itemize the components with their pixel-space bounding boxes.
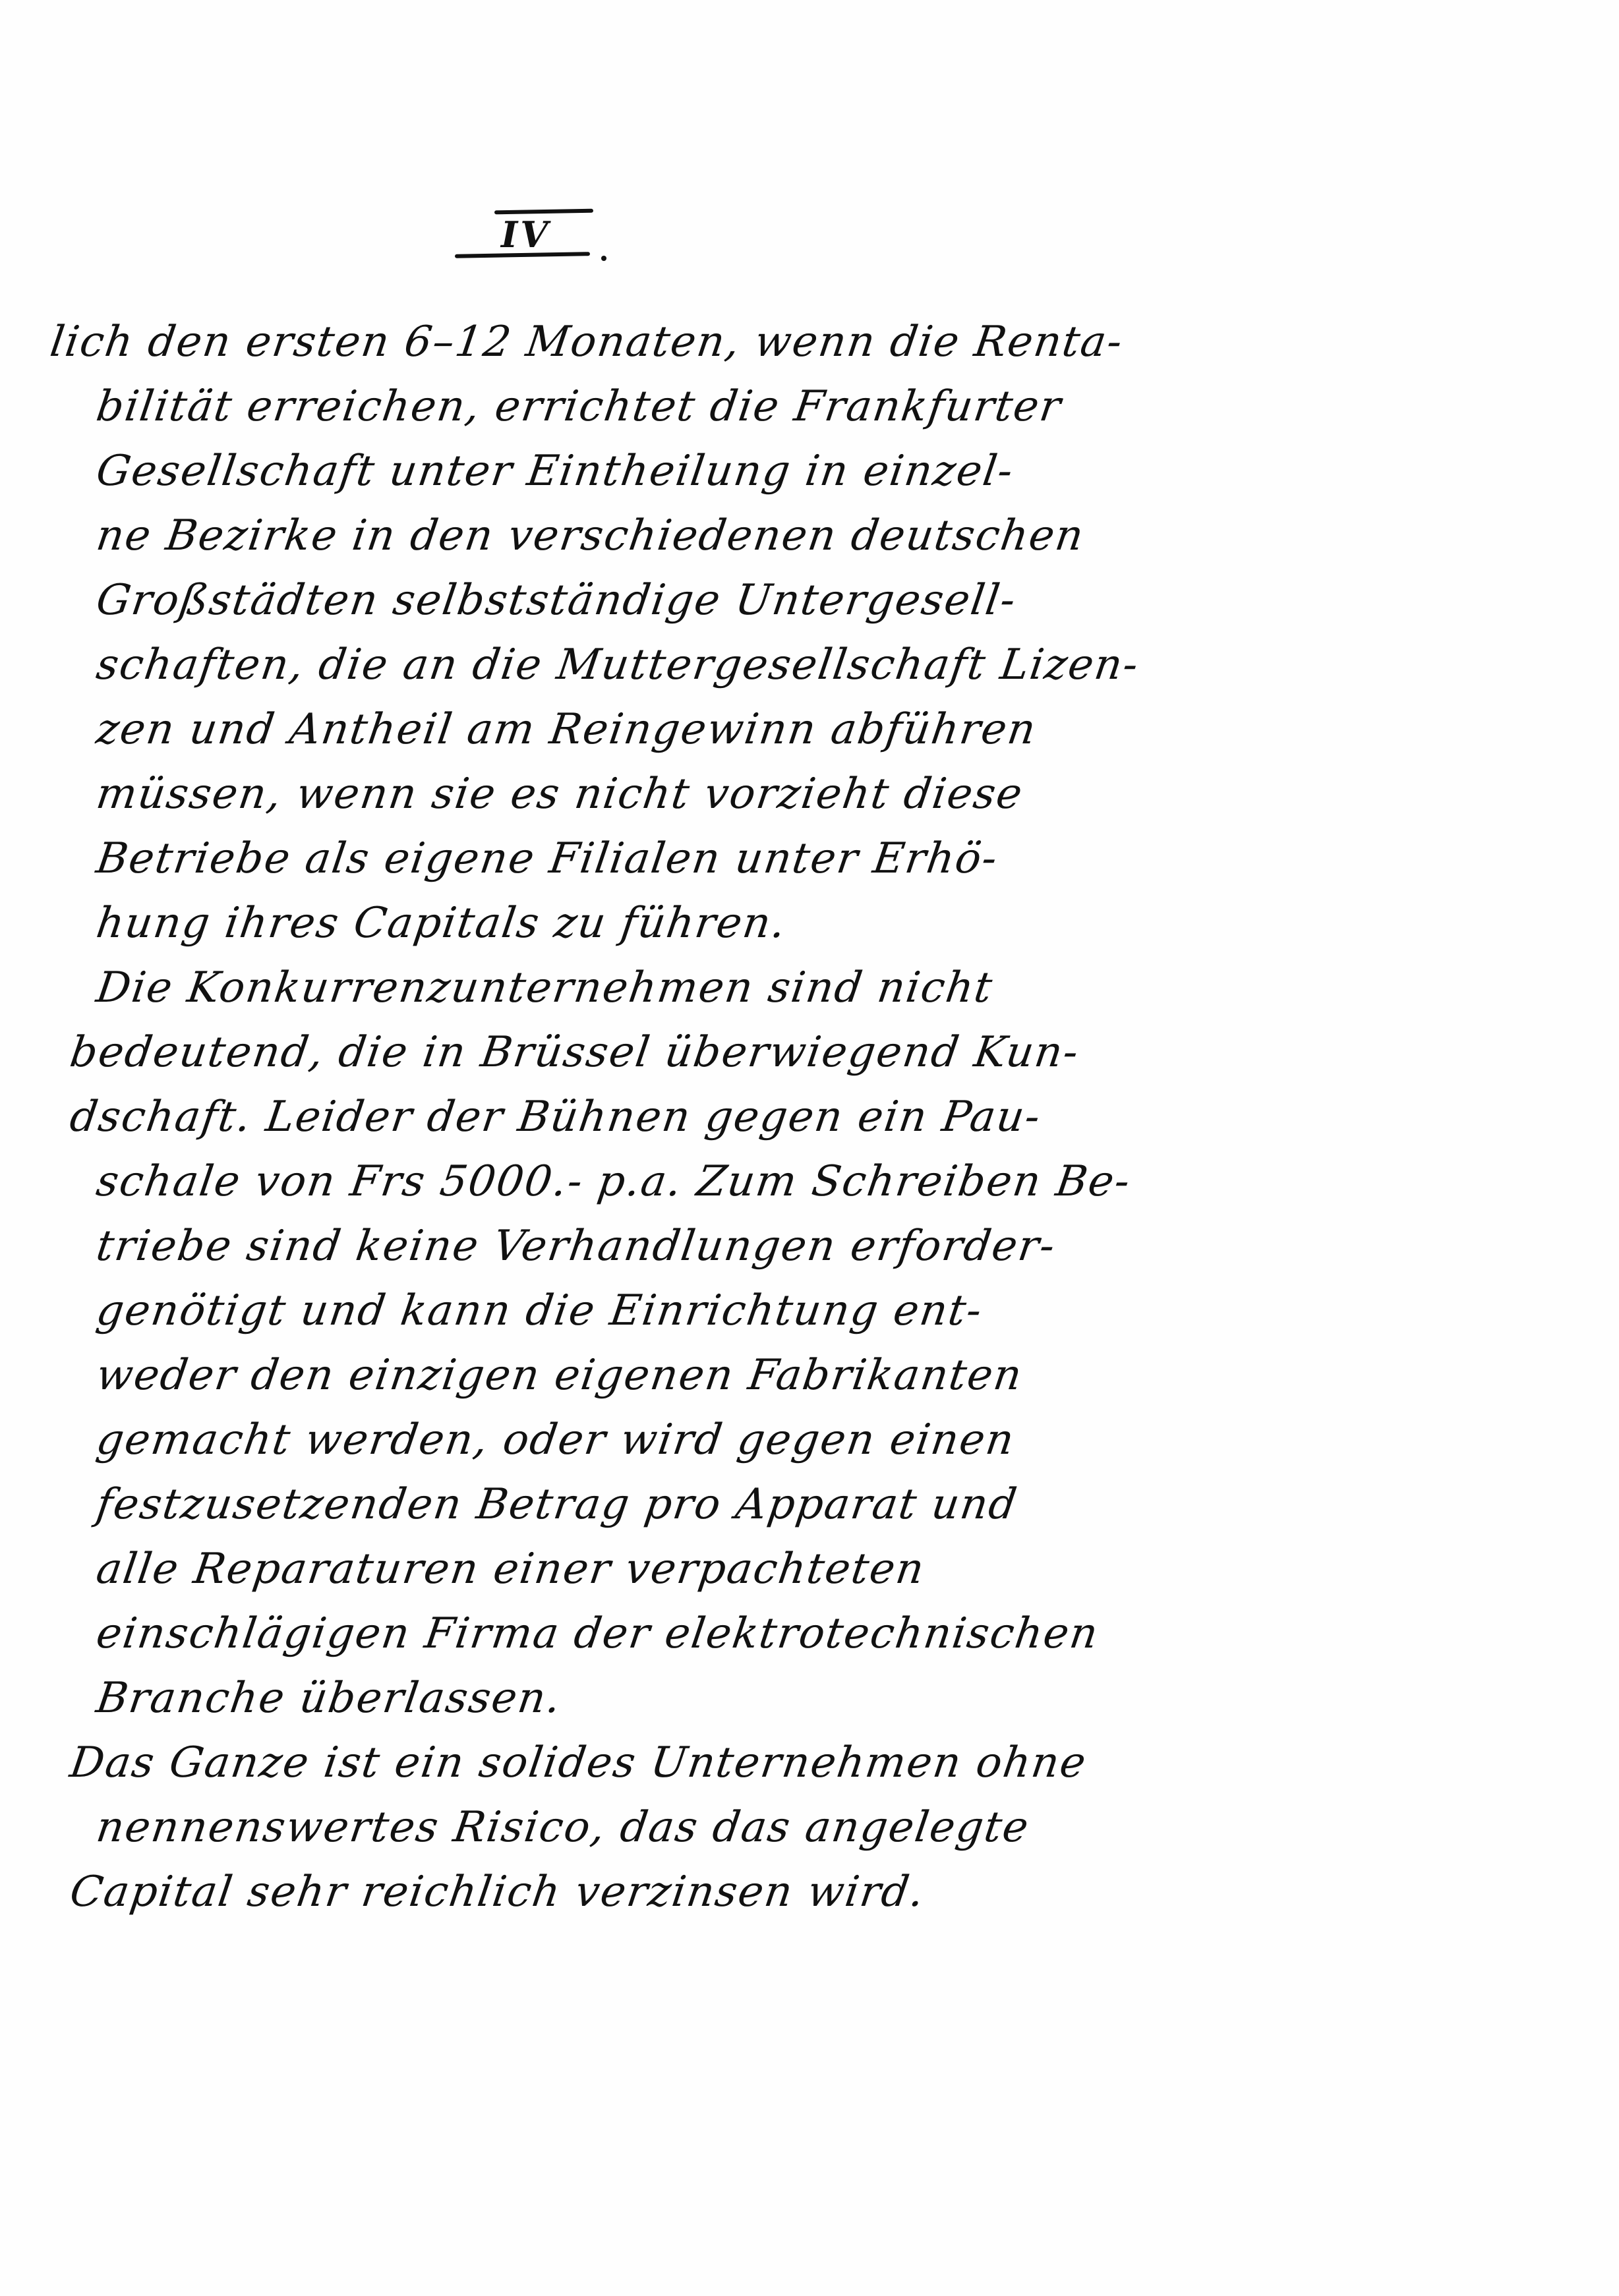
section-numeral: IV [501, 215, 550, 254]
heading-period [601, 256, 606, 261]
text-line: Capital sehr reichlich verzinsen wird. [46, 1860, 1492, 1924]
text-line: triebe sind keine Verhandlungen erforder… [46, 1214, 1492, 1278]
text-line: Betriebe als eigene Filialen unter Erhö- [46, 826, 1492, 891]
manuscript-page: IV lich den ersten 6–12 Monaten, wenn di… [0, 0, 1619, 2296]
text-line: lich den ersten 6–12 Monaten, wenn die R… [46, 310, 1492, 374]
text-line: Die Konkurrenzunternehmen sind nicht [46, 956, 1492, 1020]
text-line: hung ihres Capitals zu führen. [46, 891, 1492, 956]
text-line: schale von Frs 5000.- p.a. Zum Schreiben… [46, 1149, 1492, 1214]
text-line: dschaft. Leider der Bühnen gegen ein Pau… [46, 1085, 1492, 1149]
text-line: Das Ganze ist ein solides Unternehmen oh… [46, 1731, 1492, 1795]
text-line: ne Bezirke in den verschiedenen deutsche… [46, 503, 1492, 568]
text-line: festzusetzenden Betrag pro Apparat und [46, 1472, 1492, 1537]
text-line: gemacht werden, oder wird gegen einen [46, 1408, 1492, 1472]
text-line: alle Reparaturen einer verpachteten [46, 1537, 1492, 1601]
text-line: bedeutend, die in Brüssel überwiegend Ku… [46, 1020, 1492, 1085]
text-line: Branche überlassen. [46, 1666, 1492, 1731]
manuscript-body: lich den ersten 6–12 Monaten, wenn die R… [46, 310, 1483, 1924]
text-line: genötigt und kann die Einrichtung ent- [46, 1278, 1492, 1343]
text-line: weder den einzigen eigenen Fabrikanten [46, 1343, 1492, 1408]
heading-underline [455, 252, 590, 258]
text-line: einschlägigen Firma der elektrotechnisch… [46, 1601, 1492, 1666]
text-line: schaften, die an die Muttergesellschaft … [46, 633, 1492, 697]
text-line: nennenswertes Risico, das das angelegte [46, 1795, 1492, 1860]
text-line: Gesellschaft unter Eintheilung in einzel… [46, 439, 1492, 503]
section-heading: IV [455, 210, 620, 269]
text-line: zen und Antheil am Reingewinn abführen [46, 697, 1492, 762]
text-line: bilität erreichen, errichtet die Frankfu… [46, 374, 1492, 439]
text-line: Großstädten selbstständige Untergesell- [46, 568, 1492, 633]
text-line: müssen, wenn sie es nicht vorzieht diese [46, 762, 1492, 826]
